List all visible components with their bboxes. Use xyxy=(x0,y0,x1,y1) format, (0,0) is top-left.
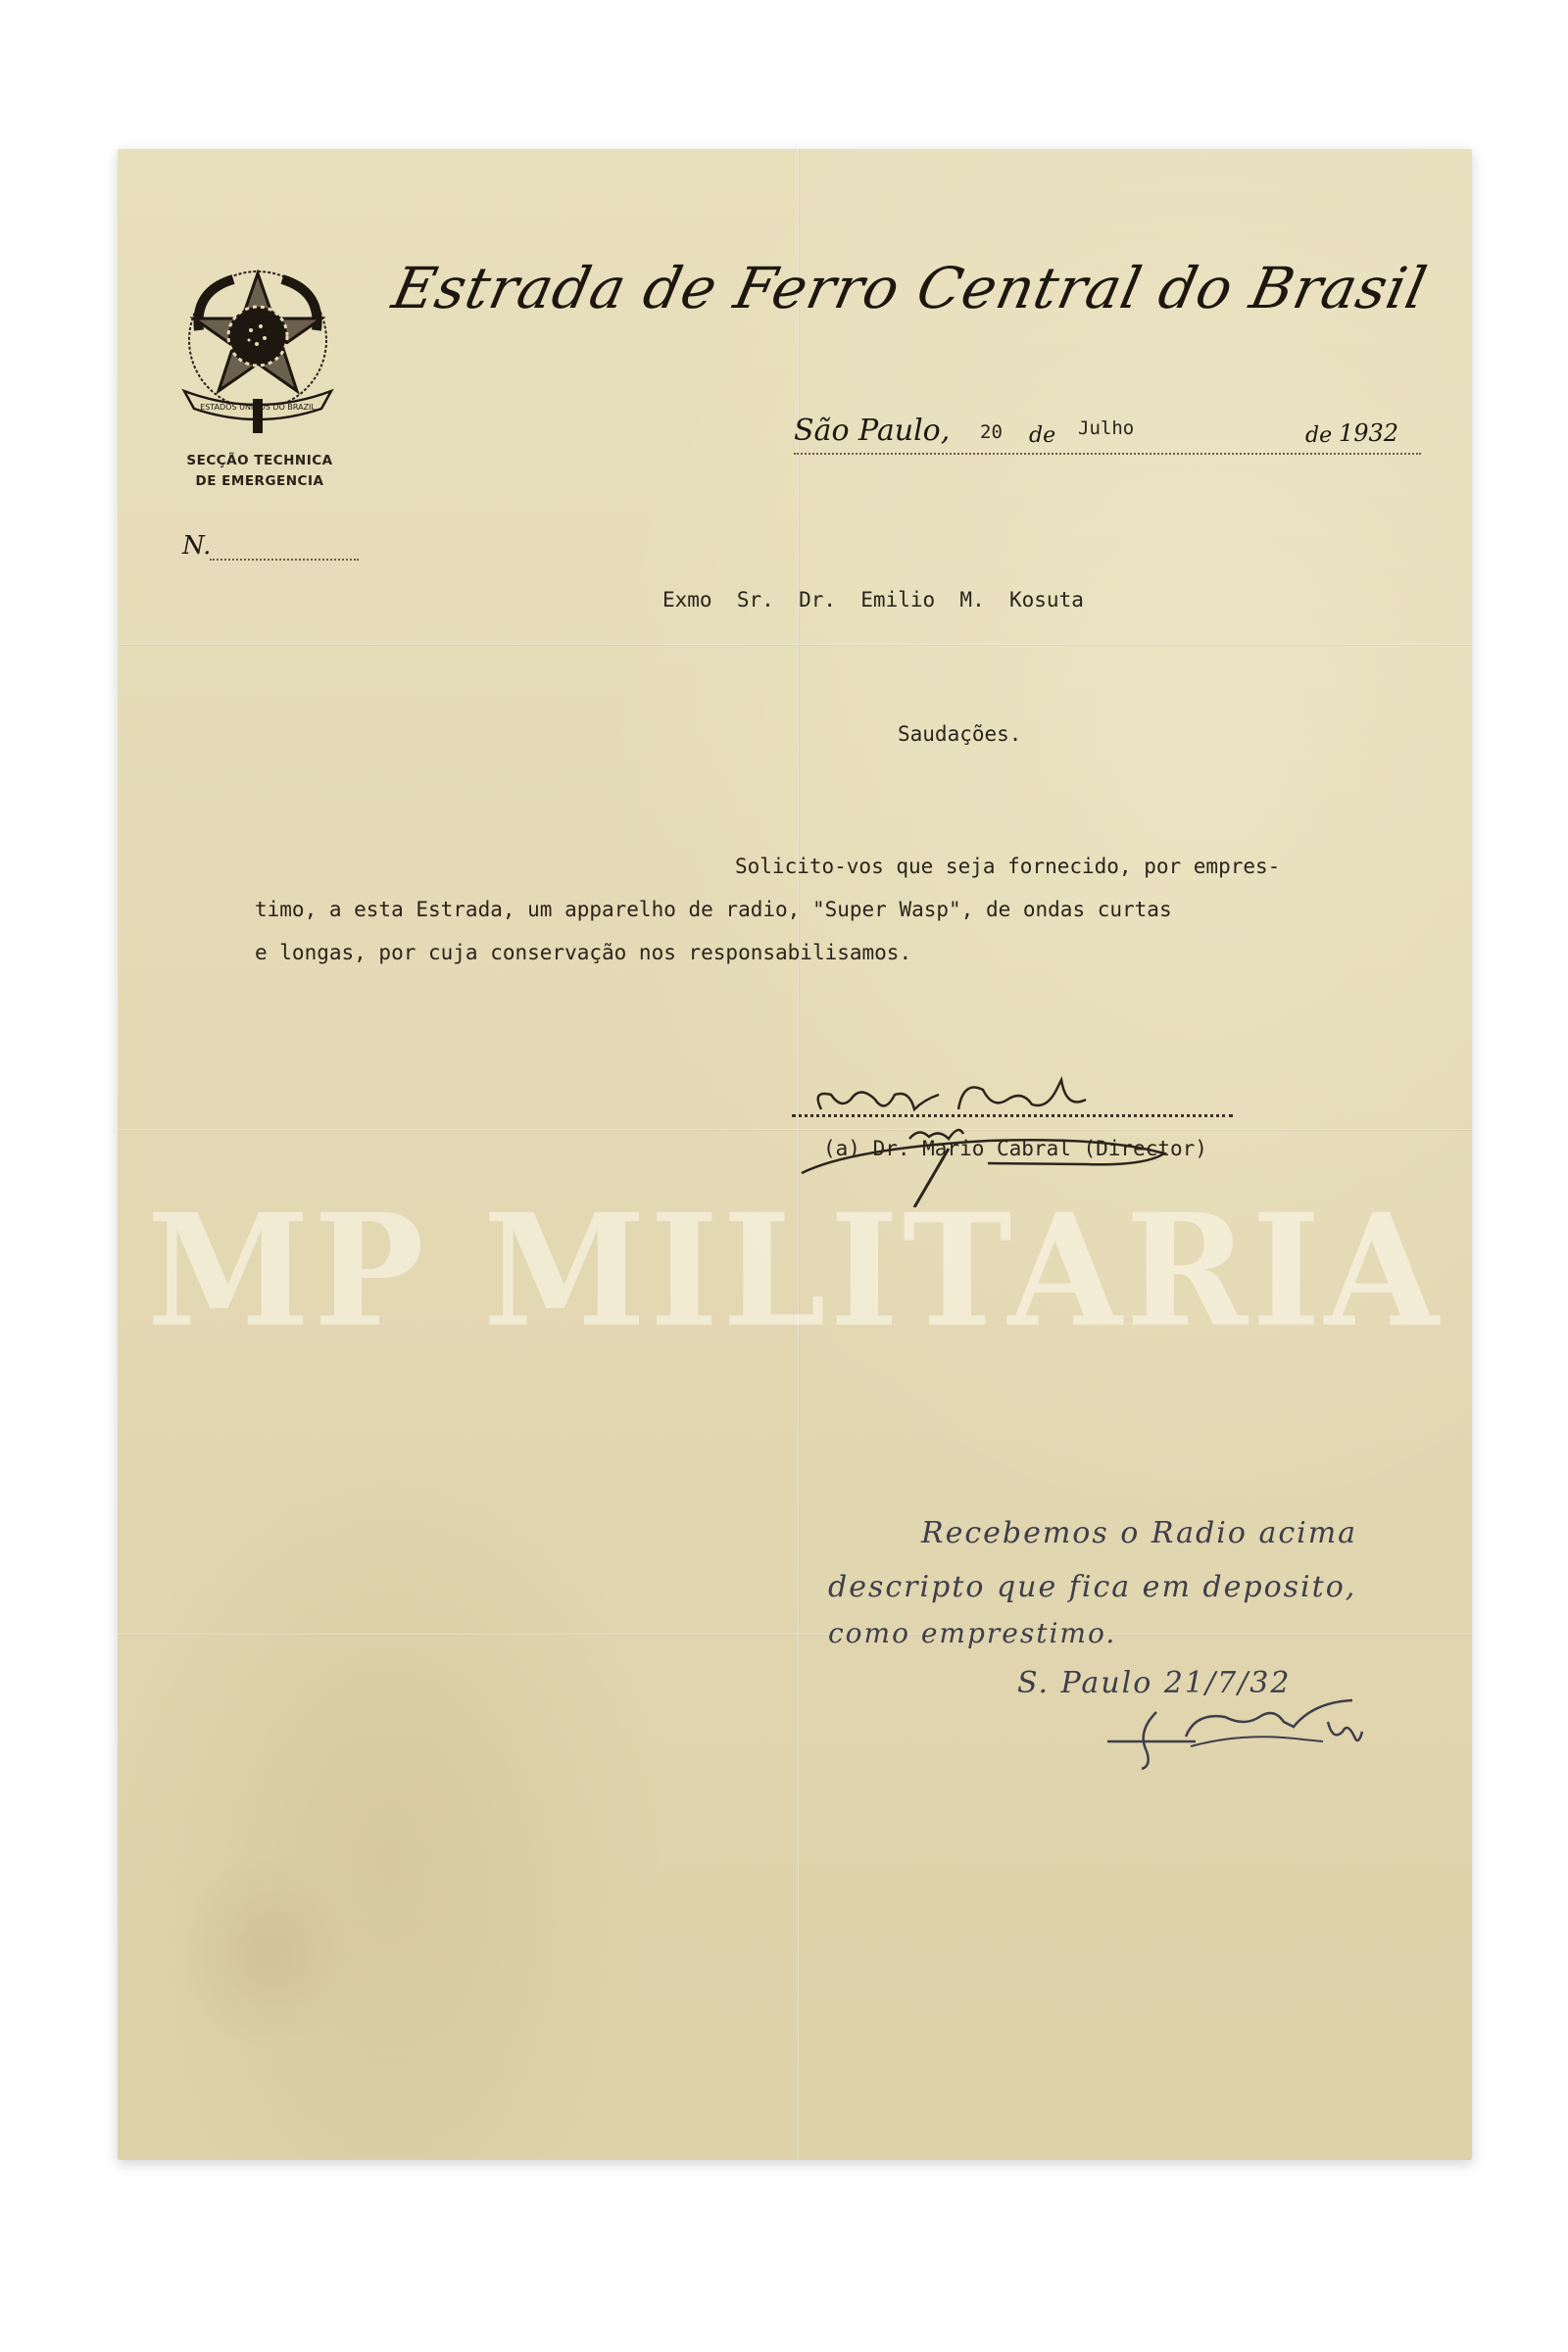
recipient-line: Exmo Sr. Dr. Emilio M. Kosuta xyxy=(662,588,1084,612)
letter-document: ESTADOS UNIDOS DO BRAZIL SECÇÃO TECHNICA… xyxy=(118,149,1472,2160)
body-line: e longas, por cuja conservação nos respo… xyxy=(255,941,911,964)
fold-line-horizontal xyxy=(118,644,1472,646)
date-connector: de xyxy=(1305,423,1332,448)
date-day: 20 xyxy=(980,421,1003,443)
date-city: São Paulo, xyxy=(794,414,950,448)
brazil-coat-of-arms-icon: ESTADOS UNIDOS DO BRAZIL xyxy=(174,262,341,438)
receiver-signature xyxy=(1098,1692,1382,1771)
watermark: MP MILITARIA xyxy=(147,1194,1460,1348)
section-name-line-1: SECÇÃO TECHNICA xyxy=(157,451,363,471)
paper-stain xyxy=(176,1854,353,2050)
reference-number-field: N. xyxy=(182,531,359,564)
date-connector: de xyxy=(1029,423,1055,448)
body-line: timo, a esta Estrada, um apparelho de ra… xyxy=(255,898,1172,921)
number-label: N. xyxy=(182,531,211,561)
organization-title: Estrada de Ferro Central do Brasil xyxy=(387,255,1433,321)
section-name: SECÇÃO TECHNICA DE EMERGENCIA xyxy=(157,451,363,492)
date-month: Julho xyxy=(1078,417,1134,439)
handwritten-note-line: como emprestimo. xyxy=(828,1617,1116,1649)
section-name-line-2: DE EMERGENCIA xyxy=(157,471,363,492)
fold-line-horizontal xyxy=(118,1634,1472,1636)
number-dotted-line xyxy=(210,559,359,561)
date-year: 1932 xyxy=(1339,419,1398,447)
handwritten-note-line: descripto que fica em deposito, xyxy=(828,1570,1356,1604)
body-line: Solicito-vos que seja fornecido, por emp… xyxy=(735,855,1280,878)
handwritten-note-line: Recebemos o Radio acima xyxy=(921,1516,1357,1550)
date-line: São Paulo, 20 de Julho de 1932 xyxy=(794,414,1421,455)
signer-name: (a) Dr. Mario Cabral (Director) xyxy=(823,1137,1207,1160)
greeting: Saudações. xyxy=(898,722,1021,746)
